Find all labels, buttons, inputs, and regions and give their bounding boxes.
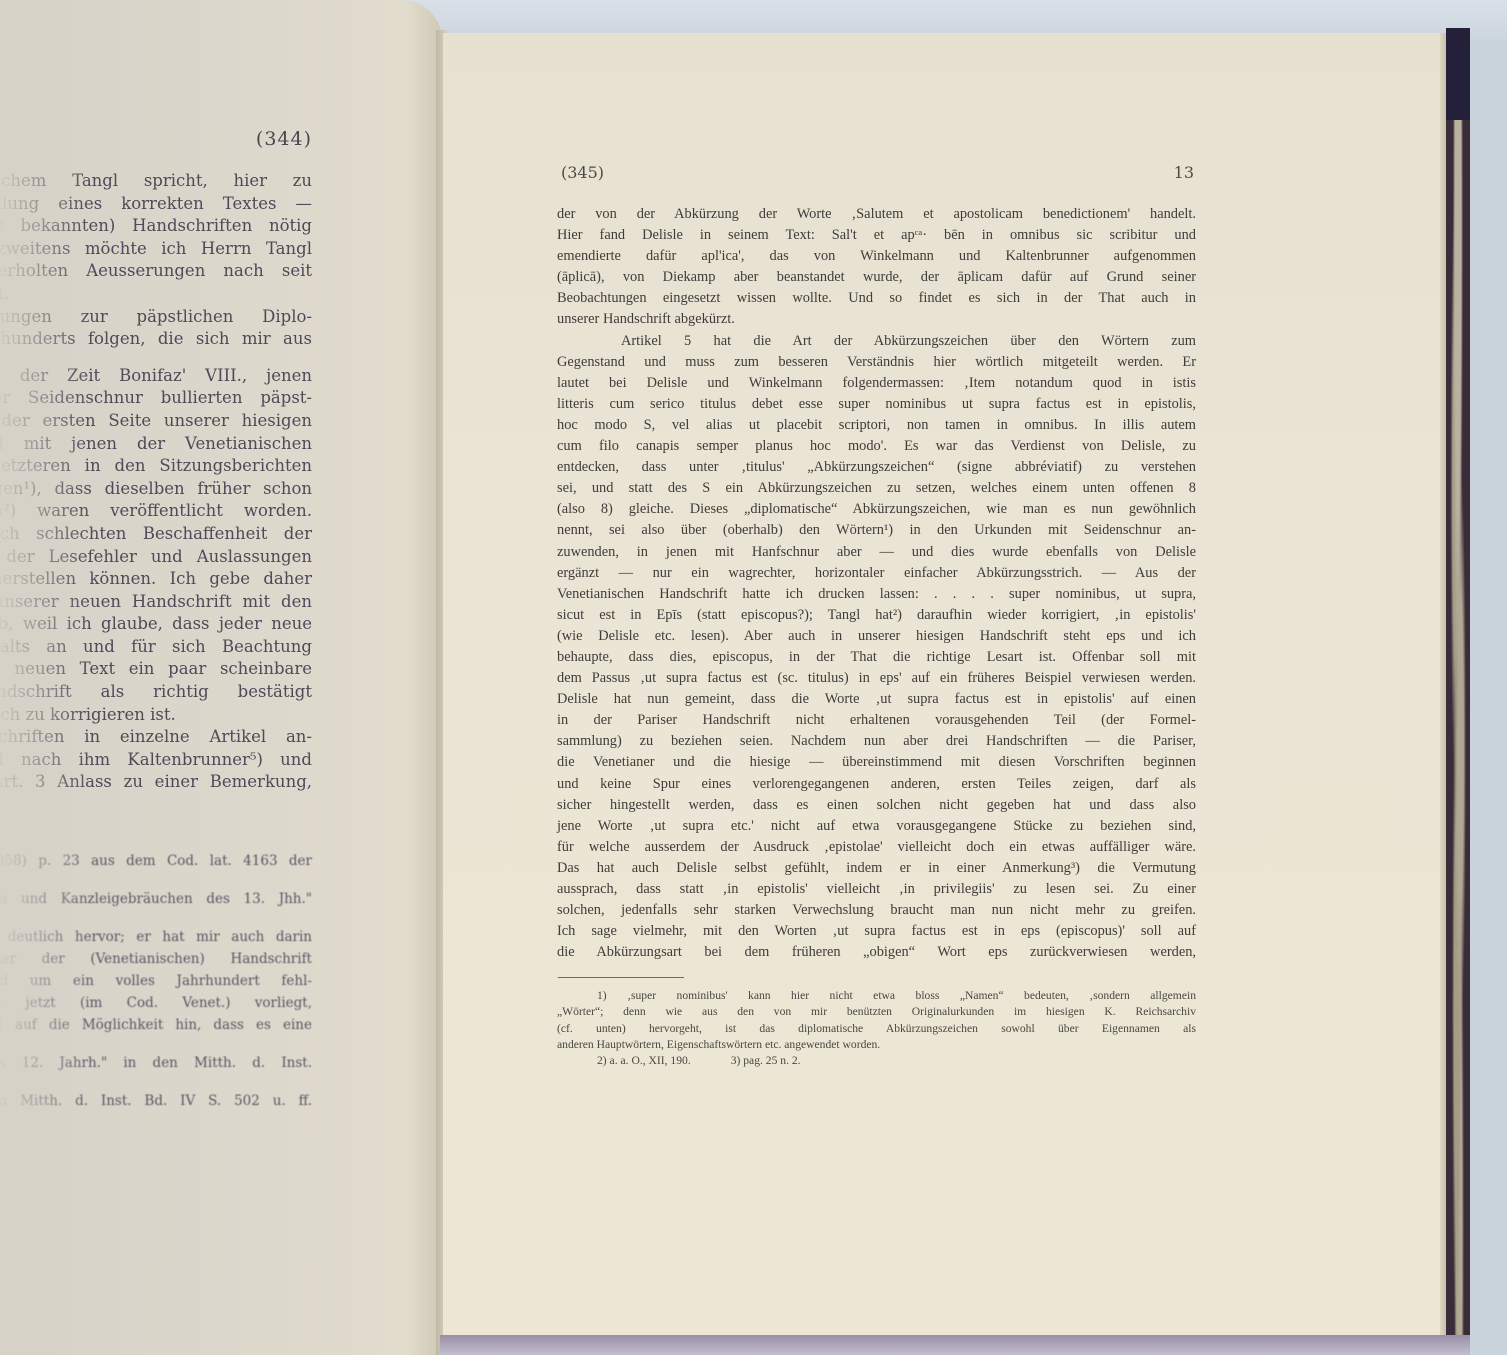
text-line: ergänzt — nur ein wagrechter, horizontal…	[557, 563, 1196, 584]
text-line: in der Pariser Handschrift nicht erhalte…	[557, 710, 1196, 731]
text-line: solchen, jedenfalls sehr starken Verwech…	[557, 900, 1196, 921]
right-page-body: der von der Abkürzung der Worte ‚Salutem…	[557, 204, 1196, 963]
text-line: (āplicā), von Diekamp aber beanstandet w…	[557, 267, 1196, 288]
text-line: sei, und statt des S ein Abkürzungszeich…	[557, 478, 1196, 499]
text-line: litteris cum serico titulus debet esse s…	[557, 394, 1196, 415]
text-line: die Abkürzungsart bei dem früheren „obig…	[557, 942, 1196, 963]
left-page-folio: (344)	[256, 128, 312, 150]
footnote-line: 1) ‚super nominibus' kann hier nicht etw…	[557, 988, 1196, 1004]
footnote-2: 2) a. a. O., XII, 190.	[597, 1054, 691, 1067]
text-line: nennt, sei also über (oberhalb) den Wört…	[557, 520, 1196, 541]
text-line: Venetianischen Handschrift hatte ich dru…	[557, 584, 1196, 605]
text-line: jene Worte ‚ut supra etc.' nicht auf etw…	[557, 816, 1196, 837]
footnote-3: 3) pag. 25 n. 2.	[731, 1054, 801, 1067]
text-line: für welche ausserdem der Ausdruck ‚epist…	[557, 837, 1196, 858]
page-bottom-shadow	[440, 1335, 1470, 1355]
right-page-footnotes: 1) ‚super nominibus' kann hier nicht etw…	[557, 988, 1196, 1069]
text-line: hoc modo S, vel alias ut placebit script…	[557, 415, 1196, 436]
text-line: dem Passus ‚ut supra factus est (sc. tit…	[557, 668, 1196, 689]
text-line: Delisle hat nun gemeint, dass die Worte …	[557, 689, 1196, 710]
text-line: behaupte, dass dies, episcopus, in der T…	[557, 647, 1196, 668]
text-line: entdecken, dass unter ‚titulus' „Abkürzu…	[557, 457, 1196, 478]
text-line: (also 8) gleiche. Dieses „diplomatische“…	[557, 499, 1196, 520]
footnote-divider	[558, 977, 684, 978]
text-line: emendierte dafür apl'ica', das von Winke…	[557, 246, 1196, 267]
page-curl-shadow	[0, 0, 90, 1355]
footnote-pair: 2) a. a. O., XII, 190.3) pag. 25 n. 2.	[557, 1053, 1196, 1069]
footnote-line: „Wörter“; denn wie aus den von mir benüt…	[557, 1004, 1196, 1020]
text-line: Beobachtungen eingesetzt wissen wollte. …	[557, 288, 1196, 309]
text-line: zuwenden, in jenen mit Hanfschnur aber —…	[557, 542, 1196, 563]
text-line: Hier fand Delisle in seinem Text: Sal't …	[557, 225, 1196, 246]
running-folio: (345)	[561, 163, 604, 182]
text-line: die Venetianer und die hiesige — überein…	[557, 752, 1196, 773]
binding-spine-top	[1446, 28, 1470, 120]
text-line: unserer Handschrift abgekürzt.	[557, 309, 1196, 330]
text-line: Ich sage vielmehr, mit den Worten ‚ut su…	[557, 921, 1196, 942]
right-page-header: (345) 13	[561, 163, 1194, 182]
text-line: Das hat auch Delisle selbst gefühlt, ind…	[557, 858, 1196, 879]
left-page: (344) welchem Tangl spricht, hier zu ste…	[0, 0, 442, 1355]
text-line: sammlung) zu beziehen seien. Nachdem nun…	[557, 731, 1196, 752]
text-line: cum filo canapis semper planus hoc modo'…	[557, 436, 1196, 457]
page-number: 13	[1174, 163, 1194, 182]
text-line: der von der Abkürzung der Worte ‚Salutem…	[557, 204, 1196, 225]
text-line: lautet bei Delisle und Winkelmann folgen…	[557, 373, 1196, 394]
footnote-line: anderen Hauptwörtern, Eigenschaftswörter…	[557, 1037, 1196, 1053]
text-line: und keine Spur eines verlorengegangenen …	[557, 774, 1196, 795]
text-line: sicut est in Epīs (statt episcopus?); Ta…	[557, 605, 1196, 626]
text-line: aussprach, dass statt ‚in epistolis' vie…	[557, 879, 1196, 900]
text-line: (wie Delisle etc. lesen). Aber auch in u…	[557, 626, 1196, 647]
text-line: sicher hingestellt werden, dass es einen…	[557, 795, 1196, 816]
footnote-line: (cf. unten) hervorgeht, ist das diplomat…	[557, 1021, 1196, 1037]
marbled-binding	[1446, 28, 1470, 1338]
text-line: Gegenstand und muss zum besseren Verstän…	[557, 352, 1196, 373]
text-line: Artikel 5 hat die Art der Abkürzungszeic…	[557, 331, 1196, 352]
